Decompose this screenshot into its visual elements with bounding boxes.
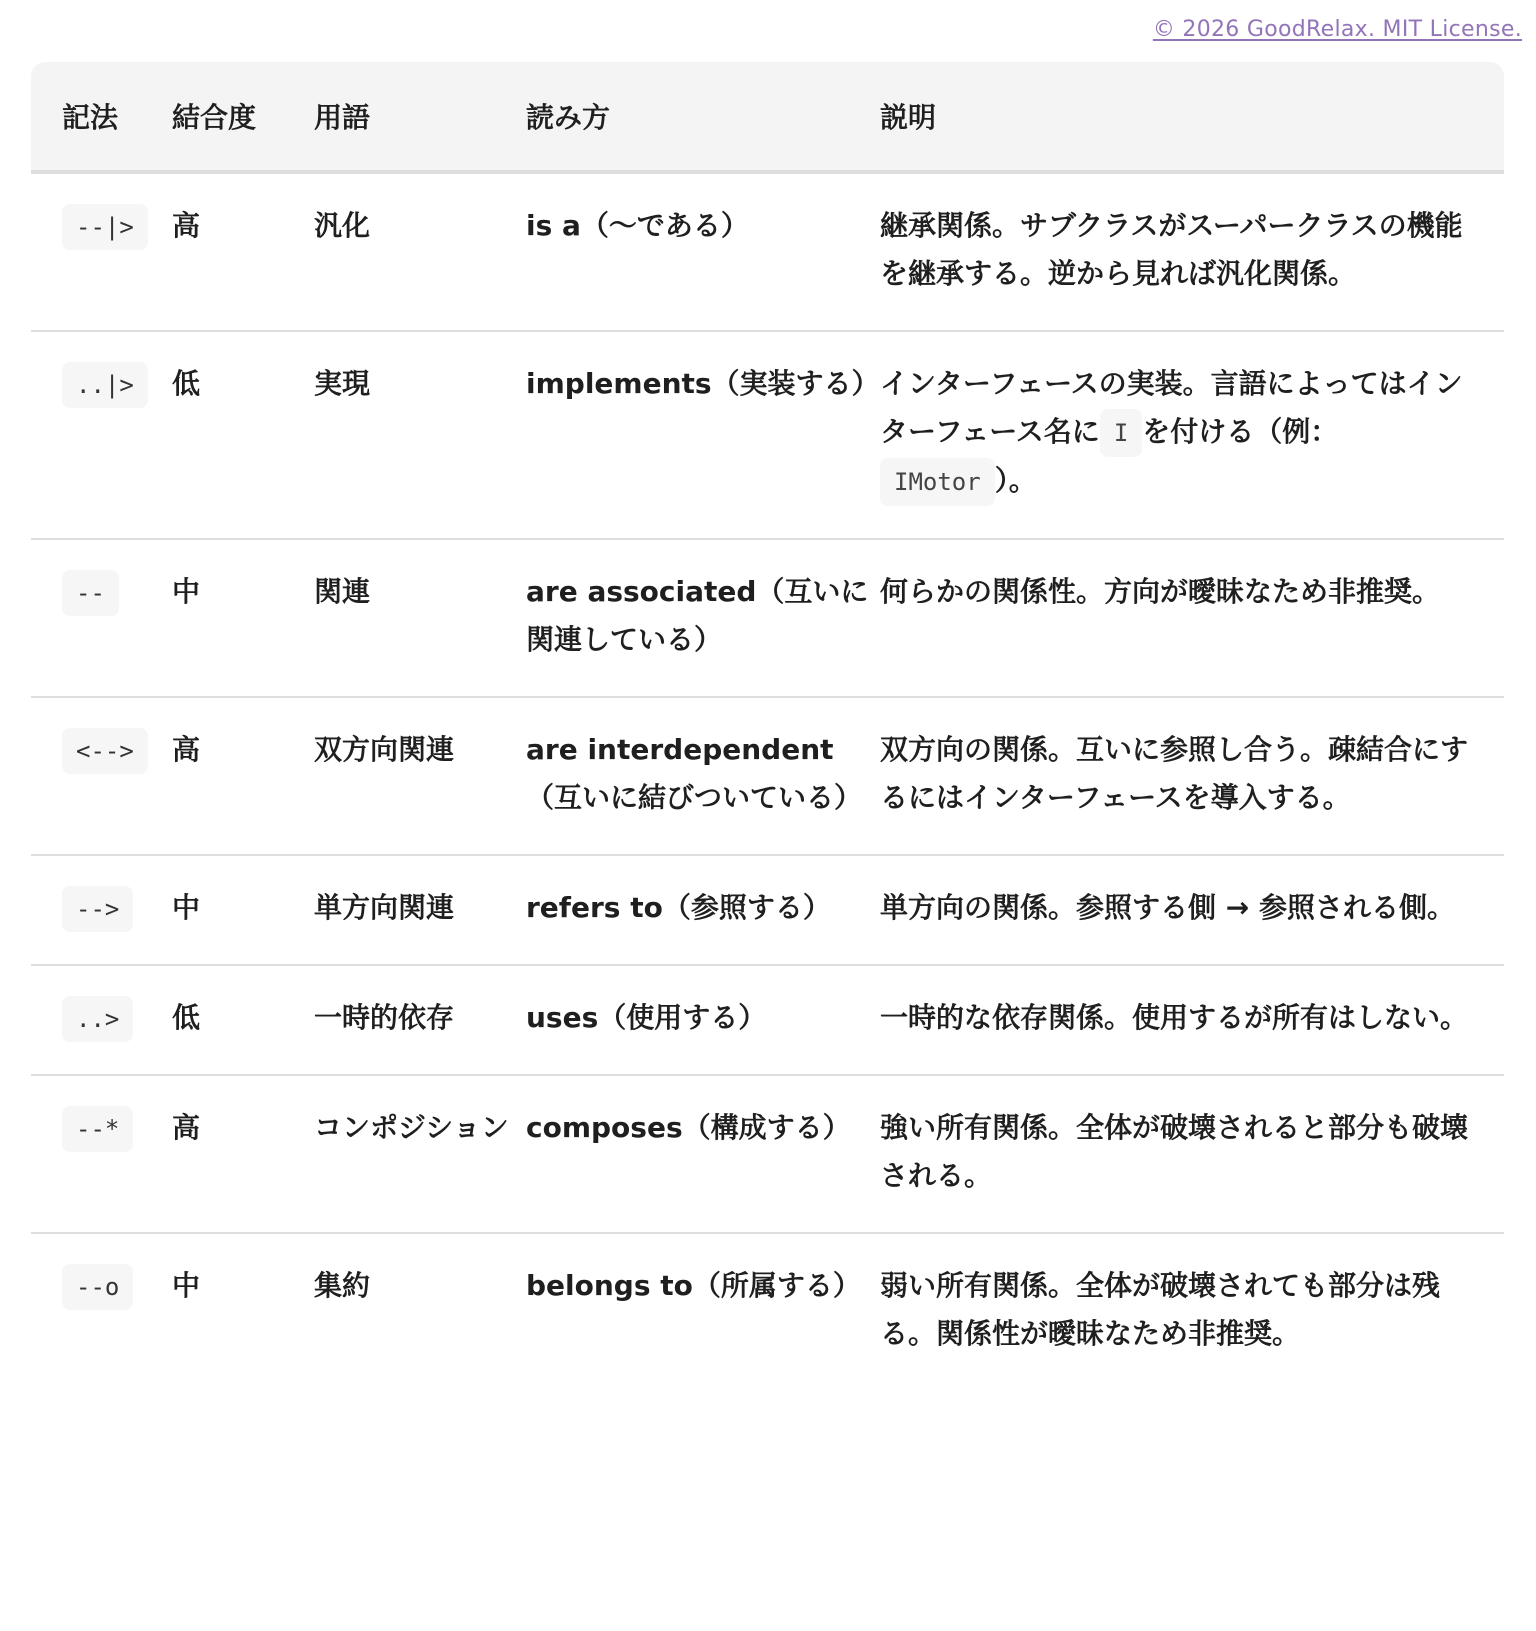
term-cell: 一時的依存 — [314, 965, 526, 1075]
term-cell: 関連 — [314, 539, 526, 697]
table-row: --> 中 単方向関連 refers to（参照する） 単方向の関係。参照する側… — [31, 855, 1504, 965]
reading-cell: belongs to（所属する） — [526, 1233, 880, 1390]
notation-code: ..> — [62, 996, 133, 1042]
table-row: ..|> 低 実現 implements（実装する） インターフェースの実装。言… — [31, 331, 1504, 539]
reading-cell: is a（〜である） — [526, 172, 880, 331]
description-text: ）。 — [995, 464, 1037, 497]
inline-code: I — [1100, 409, 1142, 457]
inline-code: IMotor — [880, 458, 995, 506]
notation-code: --|> — [62, 204, 148, 250]
coupling-cell: 低 — [172, 331, 314, 539]
coupling-cell: 低 — [172, 965, 314, 1075]
uml-relationship-table: 記法 結合度 用語 読み方 説明 --|> 高 汎化 is a（〜である） 継承… — [31, 62, 1504, 1390]
term-cell: 双方向関連 — [314, 697, 526, 855]
table-header: 記法 結合度 用語 読み方 説明 — [31, 62, 1504, 172]
description-cell: 継承関係。サブクラスがスーパークラスの機能を継承する。逆から見れば汎化関係。 — [880, 172, 1504, 331]
notation-code: -- — [62, 570, 119, 616]
notation-cell: --o — [31, 1233, 172, 1390]
notation-cell: ..|> — [31, 331, 172, 539]
header-reading: 読み方 — [526, 62, 880, 172]
coupling-cell: 高 — [172, 172, 314, 331]
reading-cell: composes（構成する） — [526, 1075, 880, 1233]
header-coupling: 結合度 — [172, 62, 314, 172]
coupling-cell: 高 — [172, 1075, 314, 1233]
table-row: ..> 低 一時的依存 uses（使用する） 一時的な依存関係。使用するが所有は… — [31, 965, 1504, 1075]
notation-cell: <--> — [31, 697, 172, 855]
table-row: --|> 高 汎化 is a（〜である） 継承関係。サブクラスがスーパークラスの… — [31, 172, 1504, 331]
table-row: -- 中 関連 are associated（互いに関連している） 何らかの関係… — [31, 539, 1504, 697]
reading-cell: refers to（参照する） — [526, 855, 880, 965]
description-cell: 一時的な依存関係。使用するが所有はしない。 — [880, 965, 1504, 1075]
term-cell: 単方向関連 — [314, 855, 526, 965]
description-cell: 強い所有関係。全体が破壊されると部分も破壊される。 — [880, 1075, 1504, 1233]
notation-cell: ..> — [31, 965, 172, 1075]
description-cell: 単方向の関係。参照する側 → 参照される側。 — [880, 855, 1504, 965]
description-cell: インターフェースの実装。言語によってはインターフェース名にIを付ける（例：IMo… — [880, 331, 1504, 539]
reading-cell: implements（実装する） — [526, 331, 880, 539]
notation-code: ..|> — [62, 362, 148, 408]
reading-cell: uses（使用する） — [526, 965, 880, 1075]
notation-code: <--> — [62, 728, 148, 774]
coupling-cell: 中 — [172, 1233, 314, 1390]
term-cell: 実現 — [314, 331, 526, 539]
header-term: 用語 — [314, 62, 526, 172]
license-link[interactable]: © 2026 GoodRelax. MIT License. — [1153, 17, 1522, 42]
notation-code: --o — [62, 1264, 133, 1310]
coupling-cell: 中 — [172, 855, 314, 965]
notation-cell: --> — [31, 855, 172, 965]
notation-cell: --* — [31, 1075, 172, 1233]
term-cell: 汎化 — [314, 172, 526, 331]
term-cell: コンポジション — [314, 1075, 526, 1233]
coupling-cell: 高 — [172, 697, 314, 855]
description-cell: 弱い所有関係。全体が破壊されても部分は残る。関係性が曖昧なため非推奨。 — [880, 1233, 1504, 1390]
description-text: を付ける（例： — [1142, 415, 1338, 448]
description-cell: 何らかの関係性。方向が曖昧なため非推奨。 — [880, 539, 1504, 697]
header-description: 説明 — [880, 62, 1504, 172]
table-body: --|> 高 汎化 is a（〜である） 継承関係。サブクラスがスーパークラスの… — [31, 172, 1504, 1390]
description-cell: 双方向の関係。互いに参照し合う。疎結合にするにはインターフェースを導入する。 — [880, 697, 1504, 855]
header-notation: 記法 — [31, 62, 172, 172]
notation-cell: --|> — [31, 172, 172, 331]
reading-cell: are interdependent（互いに結びついている） — [526, 697, 880, 855]
table-row: --* 高 コンポジション composes（構成する） 強い所有関係。全体が破… — [31, 1075, 1504, 1233]
header-row: 記法 結合度 用語 読み方 説明 — [31, 62, 1504, 172]
reading-cell: are associated（互いに関連している） — [526, 539, 880, 697]
uml-relationship-table-container: 記法 結合度 用語 読み方 説明 --|> 高 汎化 is a（〜である） 継承… — [31, 62, 1504, 1390]
coupling-cell: 中 — [172, 539, 314, 697]
notation-code: --* — [62, 1106, 133, 1152]
notation-cell: -- — [31, 539, 172, 697]
term-cell: 集約 — [314, 1233, 526, 1390]
table-row: <--> 高 双方向関連 are interdependent（互いに結びついて… — [31, 697, 1504, 855]
table-row: --o 中 集約 belongs to（所属する） 弱い所有関係。全体が破壊され… — [31, 1233, 1504, 1390]
notation-code: --> — [62, 886, 133, 932]
